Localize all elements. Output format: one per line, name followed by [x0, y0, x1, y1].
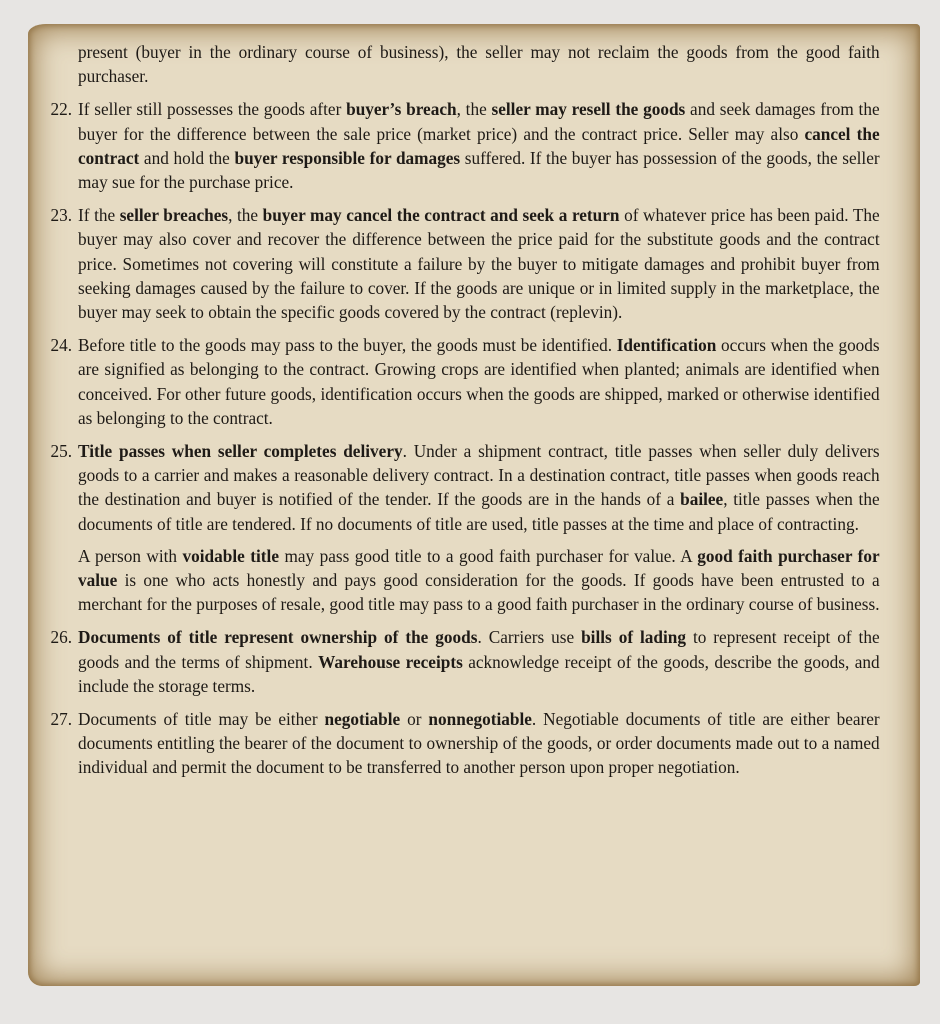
text-run: and hold the	[139, 148, 234, 168]
text-run: , the	[228, 205, 263, 225]
text-run: or	[400, 709, 428, 729]
text-run: Documents of title may be either	[78, 709, 325, 729]
text-run: is one who acts honestly and pays good c…	[78, 570, 880, 614]
text-run: may pass good title to a good faith purc…	[279, 546, 697, 566]
bold-term: seller may resell the goods	[492, 99, 686, 119]
bold-term: Warehouse receipts	[318, 652, 463, 672]
text-run: Before title to the goods may pass to th…	[78, 335, 617, 355]
item-text: Documents of title may be either negotia…	[78, 707, 880, 780]
document-body: present (buyer in the ordinary course of…	[78, 40, 880, 789]
text-run: A person with	[78, 546, 183, 566]
bold-term: seller breaches	[120, 205, 228, 225]
bold-term: nonnegotiable	[428, 709, 531, 729]
text-run: , the	[457, 99, 492, 119]
bold-term: voidable title	[183, 546, 279, 566]
list-item: 26.Documents of title represent ownershi…	[78, 625, 880, 698]
item-text: If seller still possesses the goods afte…	[78, 97, 880, 194]
bold-term: buyer may cancel the contract and seek a…	[263, 205, 620, 225]
text-run: If seller still possesses the goods afte…	[78, 99, 346, 119]
list-item: 27.Documents of title may be either nego…	[78, 707, 880, 780]
list-item: 22.If seller still possesses the goods a…	[78, 97, 880, 194]
bold-term: buyer’s breach	[346, 99, 456, 119]
intro-paragraph: present (buyer in the ordinary course of…	[78, 40, 880, 88]
item-number: 23.	[51, 203, 73, 227]
item-text: Title passes when seller completes deliv…	[78, 439, 880, 536]
bold-term: buyer responsible for damages	[234, 148, 460, 168]
item-number: 25.	[51, 439, 73, 463]
item-text: Before title to the goods may pass to th…	[78, 333, 880, 430]
item-subparagraph: A person with voidable title may pass go…	[78, 544, 880, 617]
list-item: 25.Title passes when seller completes de…	[78, 439, 880, 616]
bold-term: Title passes when seller completes deliv…	[78, 441, 403, 461]
item-text: If the seller breaches, the buyer may ca…	[78, 203, 880, 324]
list-item: 24.Before title to the goods may pass to…	[78, 333, 880, 430]
text-run: . Carriers use	[477, 627, 581, 647]
bold-term: Identification	[617, 335, 717, 355]
item-number: 24.	[51, 333, 73, 357]
item-number: 26.	[51, 625, 73, 649]
list-item: 23.If the seller breaches, the buyer may…	[78, 203, 880, 324]
item-number: 27.	[51, 707, 73, 731]
bold-term: Documents of title represent ownership o…	[78, 627, 477, 647]
item-text: Documents of title represent ownership o…	[78, 625, 880, 698]
numbered-list: 22.If seller still possesses the goods a…	[78, 97, 880, 779]
bold-term: negotiable	[325, 709, 401, 729]
item-number: 22.	[51, 97, 73, 121]
bold-term: bailee	[680, 489, 723, 509]
bold-term: bills of lading	[581, 627, 686, 647]
text-run: If the	[78, 205, 120, 225]
